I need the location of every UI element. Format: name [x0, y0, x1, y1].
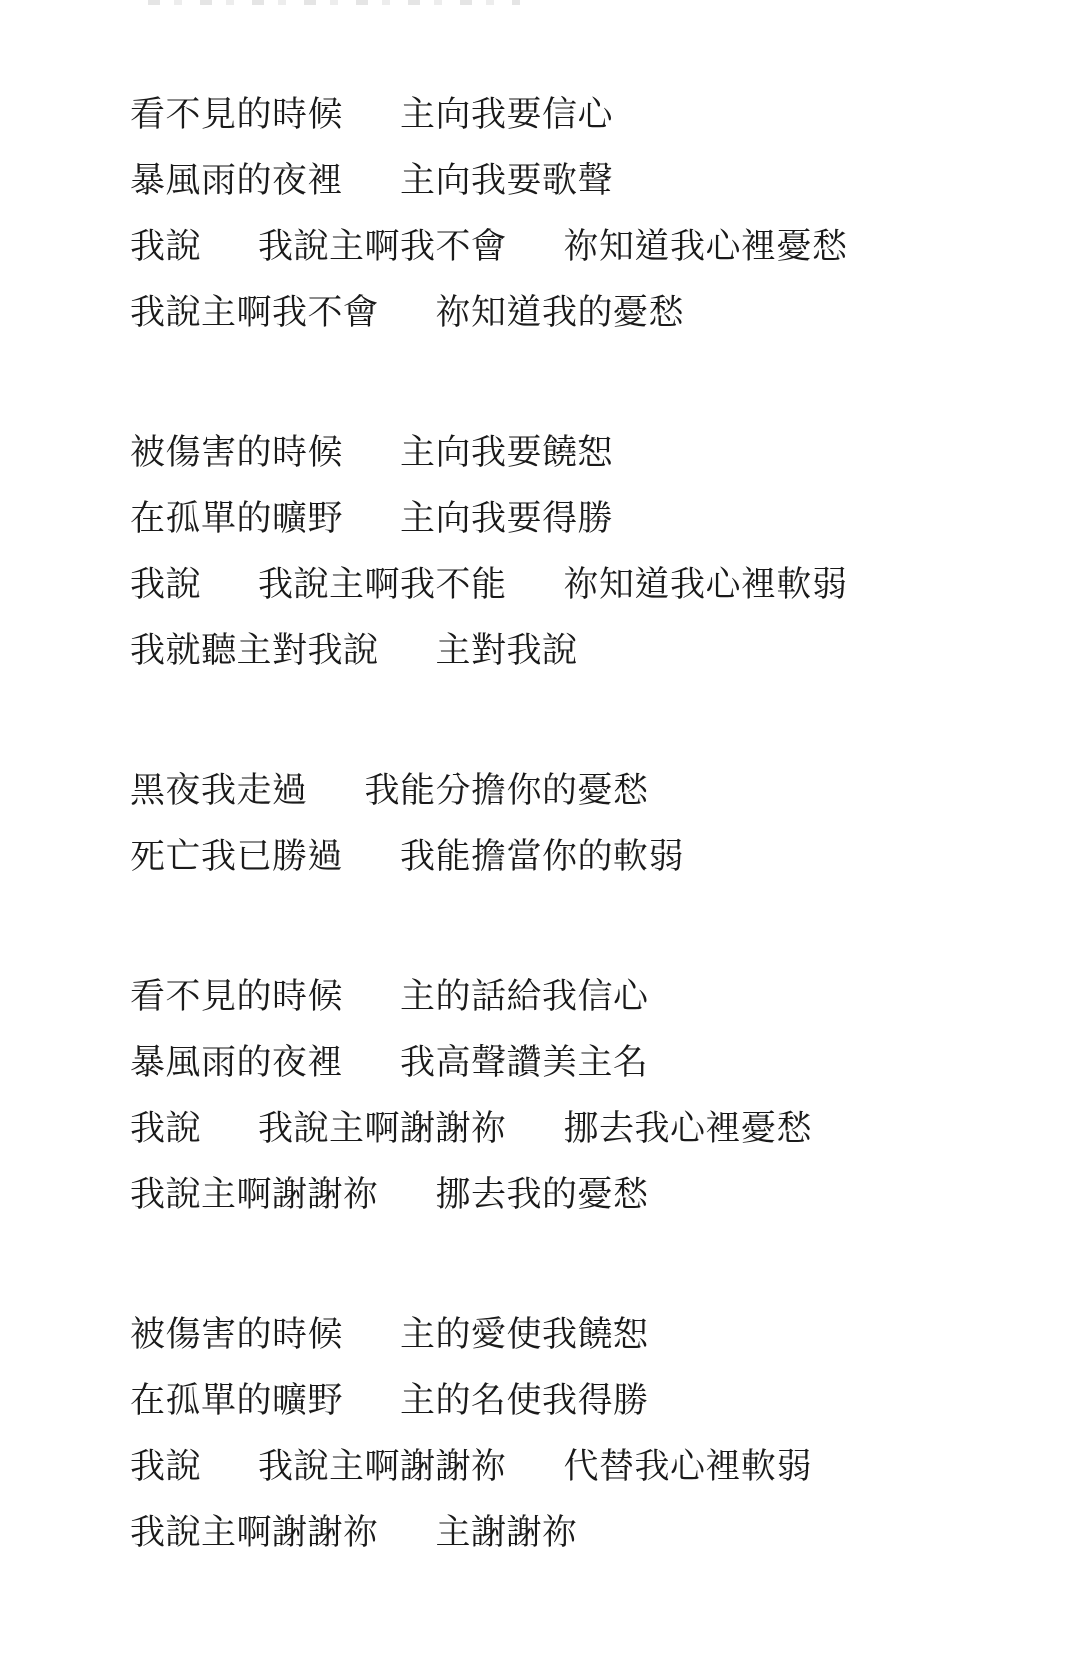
lyrics-body: 看不見的時候主向我要信心暴風雨的夜裡主向我要歌聲我說我說主啊我不會祢知道我心裡憂…: [0, 0, 1080, 1566]
lyric-line: 被傷害的時候主的愛使我饒恕: [130, 1302, 1040, 1368]
lyric-line: 我說我說主啊我不能祢知道我心裡軟弱: [130, 552, 1040, 618]
stanza-5: 被傷害的時候主的愛使我饒恕在孤單的曠野主的名使我得勝我說我說主啊謝謝祢代替我心裡…: [130, 1302, 1040, 1566]
lyric-segment: 被傷害的時候: [130, 420, 343, 486]
lyric-segment: 主向我要饒恕: [400, 420, 613, 486]
lyric-segment: 暴風雨的夜裡: [130, 1030, 343, 1096]
lyric-segment: 我說主啊我不能: [258, 552, 507, 618]
lyric-segment: 我高聲讚美主名: [400, 1030, 649, 1096]
lyric-segment: 我就聽主對我說: [130, 618, 379, 684]
lyric-segment: 主的名使我得勝: [400, 1368, 649, 1434]
lyric-line: 我說主啊謝謝祢挪去我的憂愁: [130, 1162, 1040, 1228]
lyric-line: 我說我說主啊我不會祢知道我心裡憂愁: [130, 214, 1040, 280]
lyric-segment: 我能擔當你的軟弱: [400, 824, 684, 890]
lyric-segment: 我說主啊我不會: [130, 280, 379, 346]
stanza-3: 黑夜我走過我能分擔你的憂愁死亡我已勝過我能擔當你的軟弱: [130, 758, 1040, 890]
lyric-line: 看不見的時候主向我要信心: [130, 82, 1040, 148]
lyric-line: 我就聽主對我說主對我說: [130, 618, 1040, 684]
lyric-segment: 主的愛使我饒恕: [400, 1302, 649, 1368]
lyric-segment: 我能分擔你的憂愁: [365, 758, 649, 824]
lyric-segment: 挪去我心裡憂愁: [564, 1096, 813, 1162]
lyric-line: 在孤單的曠野主向我要得勝: [130, 486, 1040, 552]
lyric-line: 暴風雨的夜裡我高聲讚美主名: [130, 1030, 1040, 1096]
lyric-segment: 代替我心裡軟弱: [564, 1434, 813, 1500]
lyric-line: 我說主啊我不會祢知道我的憂愁: [130, 280, 1040, 346]
lyric-line: 我說我說主啊謝謝祢代替我心裡軟弱: [130, 1434, 1040, 1500]
lyric-segment: 祢知道我的憂愁: [436, 280, 685, 346]
lyric-segment: 我說主啊謝謝祢: [130, 1500, 379, 1566]
lyric-segment: 我說: [130, 1096, 201, 1162]
stanza-4: 看不見的時候主的話給我信心暴風雨的夜裡我高聲讚美主名我說我說主啊謝謝祢挪去我心裡…: [130, 964, 1040, 1228]
lyric-segment: 在孤單的曠野: [130, 486, 343, 552]
lyric-line: 我說我說主啊謝謝祢挪去我心裡憂愁: [130, 1096, 1040, 1162]
lyric-segment: 主向我要信心: [400, 82, 613, 148]
lyric-segment: 主向我要得勝: [400, 486, 613, 552]
lyric-line: 在孤單的曠野主的名使我得勝: [130, 1368, 1040, 1434]
lyric-line: 暴風雨的夜裡主向我要歌聲: [130, 148, 1040, 214]
lyric-segment: 主謝謝祢: [436, 1500, 578, 1566]
lyric-segment: 我說主啊謝謝祢: [258, 1096, 507, 1162]
lyric-segment: 我說: [130, 1434, 201, 1500]
lyric-segment: 祢知道我心裡憂愁: [564, 214, 848, 280]
lyric-line: 黑夜我走過我能分擔你的憂愁: [130, 758, 1040, 824]
lyrics-page: 看不見的時候主向我要信心暴風雨的夜裡主向我要歌聲我說我說主啊我不會祢知道我心裡憂…: [0, 0, 1080, 1670]
lyric-segment: 看不見的時候: [130, 964, 343, 1030]
stanza-1: 看不見的時候主向我要信心暴風雨的夜裡主向我要歌聲我說我說主啊我不會祢知道我心裡憂…: [130, 82, 1040, 346]
lyric-segment: 我說主啊謝謝祢: [258, 1434, 507, 1500]
lyric-segment: 我說主啊我不會: [258, 214, 507, 280]
lyric-segment: 我說: [130, 214, 201, 280]
lyric-segment: 在孤單的曠野: [130, 1368, 343, 1434]
stanza-2: 被傷害的時候主向我要饒恕在孤單的曠野主向我要得勝我說我說主啊我不能祢知道我心裡軟…: [130, 420, 1040, 684]
lyric-segment: 我說: [130, 552, 201, 618]
lyric-line: 我說主啊謝謝祢主謝謝祢: [130, 1500, 1040, 1566]
lyric-segment: 死亡我已勝過: [130, 824, 343, 890]
lyric-segment: 祢知道我心裡軟弱: [564, 552, 848, 618]
lyric-line: 看不見的時候主的話給我信心: [130, 964, 1040, 1030]
lyric-segment: 主對我說: [436, 618, 578, 684]
lyric-segment: 被傷害的時候: [130, 1302, 343, 1368]
lyric-segment: 挪去我的憂愁: [436, 1162, 649, 1228]
lyric-line: 被傷害的時候主向我要饒恕: [130, 420, 1040, 486]
lyric-segment: 暴風雨的夜裡: [130, 148, 343, 214]
lyric-segment: 黑夜我走過: [130, 758, 308, 824]
lyric-segment: 主向我要歌聲: [400, 148, 613, 214]
lyric-segment: 我說主啊謝謝祢: [130, 1162, 379, 1228]
lyric-segment: 主的話給我信心: [400, 964, 649, 1030]
lyric-segment: 看不見的時候: [130, 82, 343, 148]
clipped-text-fragment: [148, 0, 520, 5]
lyric-line: 死亡我已勝過我能擔當你的軟弱: [130, 824, 1040, 890]
